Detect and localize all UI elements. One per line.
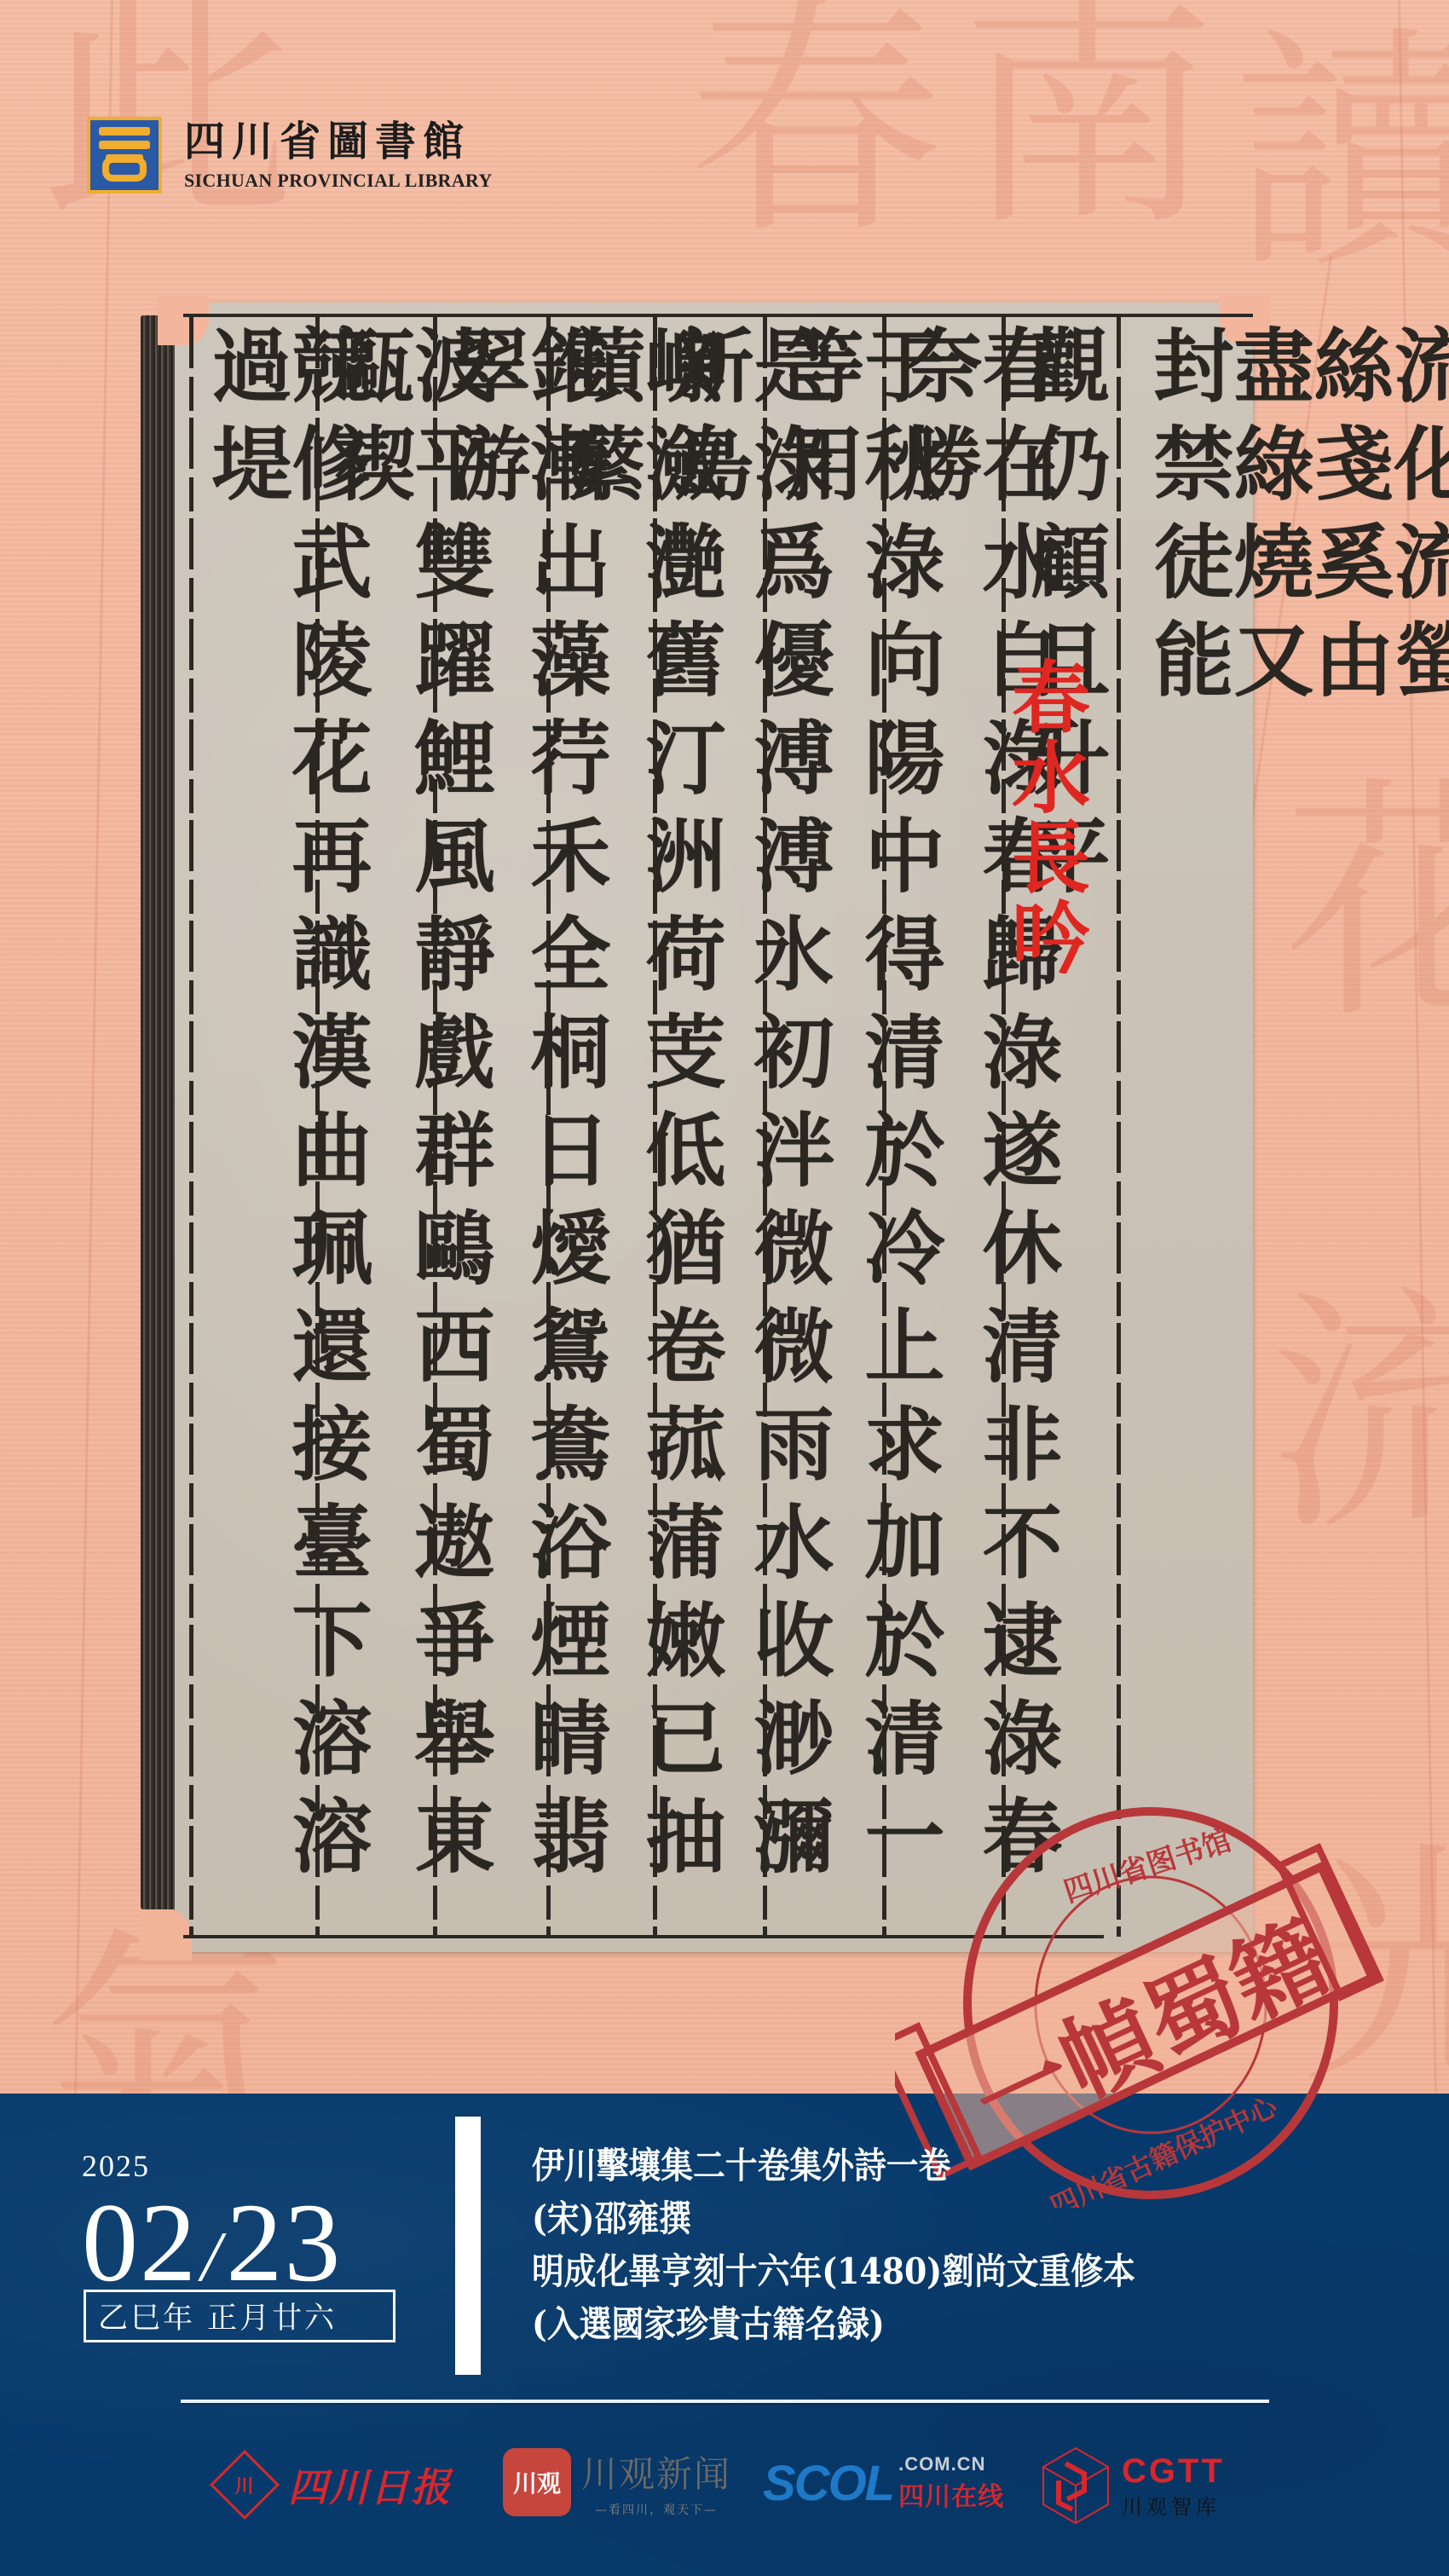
ghost-char: 流 — [1244, 1279, 1449, 1534]
ghost-char: 南 — [938, 0, 1193, 230]
lunar-date-box: 乙巳年 正月廿六 — [84, 2290, 395, 2342]
partner-name: 川观新闻 — [581, 2446, 731, 2498]
partner-logos: 川 四川日报 川观 川观新闻 —看四川，观天下— SCOL .COM.CN 四川… — [0, 2446, 1449, 2549]
manuscript-column: 流化流螢絲戔奚由盡綠燒又封禁徒能 — [1146, 324, 1449, 767]
red-poem-title: 春水長吟 — [1006, 656, 1084, 977]
date-day: 23 — [226, 2186, 342, 2299]
date-month: 02 — [82, 2186, 198, 2299]
column-rule — [189, 317, 193, 1937]
divider-line — [181, 2400, 1269, 2403]
ghost-char: 花 — [1261, 767, 1449, 1023]
date-separator: / — [201, 2221, 222, 2293]
partner-name: 四川日报 — [288, 2457, 452, 2513]
date-month-day: 02 / 23 — [82, 2186, 342, 2299]
partner-domain: .COM.CN — [898, 2453, 1004, 2475]
ghost-char: 讀 — [1210, 17, 1449, 273]
date-year: 2025 — [82, 2148, 150, 2184]
book-note: (入選國家珍貴古籍名録) — [532, 2298, 1135, 2351]
ghost-char: 春 — [665, 0, 921, 239]
library-name-cn: 四川省圖書館 — [184, 118, 493, 165]
book-author: (宋)邵雍撰 — [532, 2192, 1135, 2245]
partner-slogan: —看四川，观天下— — [595, 2501, 718, 2518]
partner-name: CGTT — [1122, 2452, 1225, 2490]
library-seal-icon — [87, 117, 162, 193]
partner-name-cn: 四川在线 — [898, 2475, 1004, 2513]
book-title: 伊川擊壤集二十卷集外詩一卷 — [532, 2140, 1135, 2192]
partner-cgtt: CGTT 川观智库 — [1042, 2446, 1225, 2525]
accent-bar — [455, 2117, 481, 2375]
chuanguan-app-icon: 川观 — [503, 2448, 571, 2516]
library-logo: 四川省圖書館 SICHUAN PROVINCIAL LIBRARY — [87, 117, 493, 193]
partner-name-cn: 川观智库 — [1122, 2490, 1225, 2520]
partner-chuanguan-news: 川观 川观新闻 —看四川，观天下— — [503, 2446, 731, 2518]
book-info: 伊川擊壤集二十卷集外詩一卷 (宋)邵雍撰 明成化畢亨刻十六年(1480)劉尚文重… — [532, 2140, 1203, 2351]
sichuan-daily-logo-icon: 川 — [210, 2450, 280, 2520]
scol-logo-icon: SCOL — [763, 2455, 893, 2512]
svg-text:四川省图书馆: 四川省图书馆 — [1059, 1823, 1235, 1909]
library-name-en: SICHUAN PROVINCIAL LIBRARY — [184, 170, 493, 192]
column-rule — [1117, 317, 1121, 1937]
cgtt-cube-logo-icon — [1042, 2446, 1110, 2525]
partner-scol: SCOL .COM.CN 四川在线 — [763, 2453, 1004, 2513]
page-frame-top — [183, 314, 1253, 317]
manuscript-column: 競修武陵花再識漢曲珮還接臺下溶溶過堤 — [205, 324, 365, 1944]
partner-sichuan-daily: 川 四川日报 — [220, 2457, 452, 2513]
book-edition: 明成化畢亨刻十六年(1480)劉尚文重修本 — [532, 2245, 1135, 2298]
